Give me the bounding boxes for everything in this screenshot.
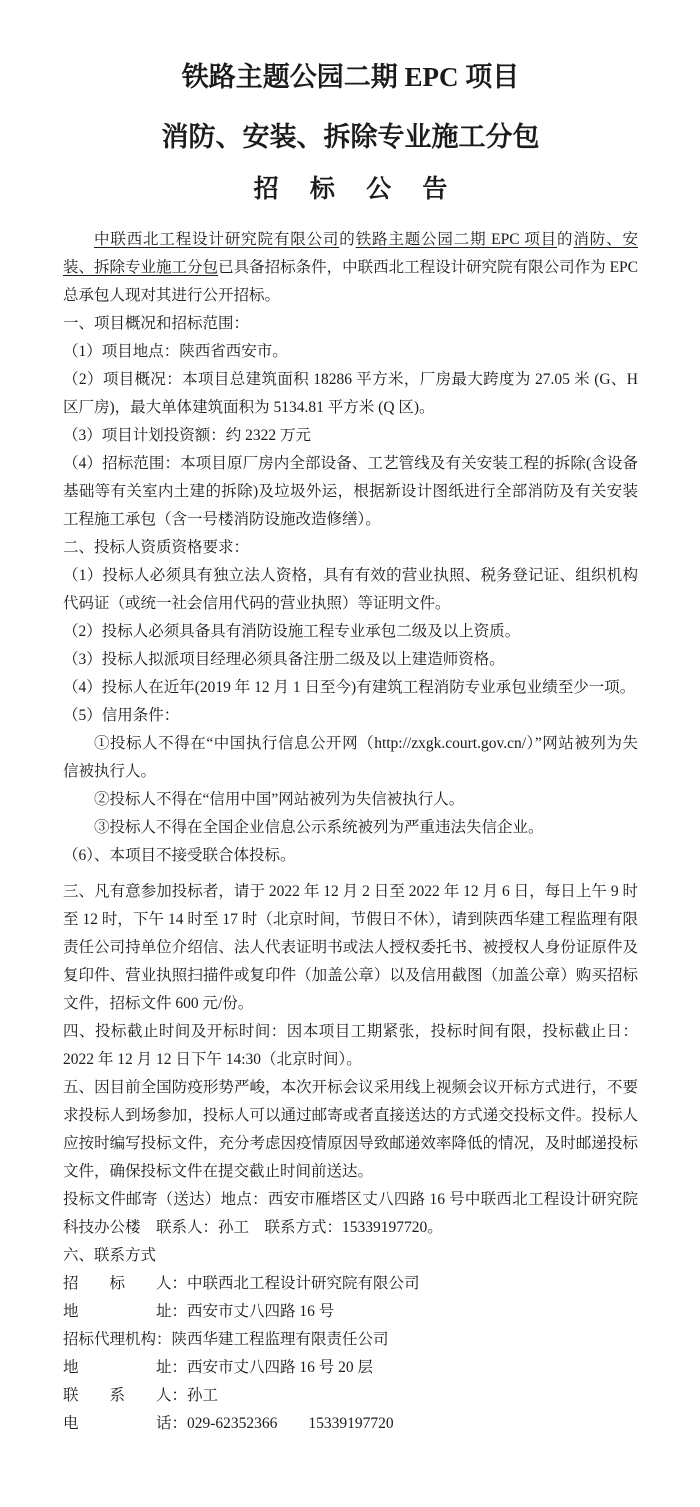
contact-label-agency: 招标代理机构： bbox=[63, 1331, 172, 1348]
section-3-paragraph: 三、凡有意参加投标者，请于 2022 年 12 月 2 日至 2022 年 12… bbox=[63, 878, 638, 1018]
contact-value-agency: 陕西华建工程监理有限责任公司 bbox=[172, 1331, 389, 1348]
qualification-item-4: （4）投标人在近年(2019 年 12 月 1 日至今)有建筑工程消防专业承包业… bbox=[63, 674, 638, 702]
contact-label-agency-address: 地 址： bbox=[63, 1359, 187, 1376]
qualification-item-3: （3）投标人拟派项目经理必须具备注册二级及以上建造师资格。 bbox=[63, 646, 638, 674]
section-5-paragraph: 五、因目前全国防疫形势严峻，本次开标会议采用线上视频会议开标方式进行，不要求投标… bbox=[63, 1074, 638, 1186]
bid-scope-item: （4）招标范围：本项目原厂房内全部设备、工艺管线及有关安装工程的拆除(含设备基础… bbox=[63, 450, 638, 534]
project-location-item: （1）项目地点：陕西省西安市。 bbox=[63, 338, 638, 366]
credit-item-3: ③投标人不得在全国企业信息公示系统被列为严重违法失信企业。 bbox=[63, 814, 638, 842]
page-title-line2: 消防、安装、拆除专业施工分包 bbox=[63, 118, 638, 156]
contact-value-bidder-address: 西安市丈八四路 16 号 bbox=[187, 1303, 334, 1320]
intro-run-tenderer: 中联西北工程设计研究院有限公司 bbox=[94, 231, 339, 248]
investment-item: （3）项目计划投资额：约 2322 万元 bbox=[63, 422, 638, 450]
contact-value-person: 孙工 bbox=[187, 1387, 218, 1404]
credit-conditions-heading: （5）信用条件： bbox=[63, 702, 638, 730]
document-page: 铁路主题公园二期 EPC 项目 消防、安装、拆除专业施工分包 招标公告 中联西北… bbox=[0, 0, 700, 1507]
intro-run-de2: 的 bbox=[557, 231, 573, 248]
section-6-heading: 六、联系方式 bbox=[63, 1242, 638, 1270]
contact-row-agency-address: 地 址：西安市丈八四路 16 号 20 层 bbox=[63, 1354, 638, 1382]
intro-paragraph: 中联西北工程设计研究院有限公司的铁路主题公园二期 EPC 项目的消防、安装、拆除… bbox=[63, 226, 638, 310]
page-title-line3: 招标公告 bbox=[63, 171, 638, 209]
contact-label-person: 联 系 人： bbox=[63, 1387, 187, 1404]
document-body: 中联西北工程设计研究院有限公司的铁路主题公园二期 EPC 项目的消防、安装、拆除… bbox=[63, 226, 638, 1438]
intro-run-de1: 的 bbox=[339, 231, 355, 248]
contact-row-person: 联 系 人：孙工 bbox=[63, 1382, 638, 1410]
section-1-heading: 一、项目概况和招标范围： bbox=[63, 310, 638, 338]
contact-row-bidder: 招 标 人：中联西北工程设计研究院有限公司 bbox=[63, 1270, 638, 1298]
contact-value-phone: 029-62352366 15339197720 bbox=[187, 1415, 394, 1432]
qualification-item-2: （2）投标人必须具备具有消防设施工程专业承包二级及以上资质。 bbox=[63, 618, 638, 646]
credit-item-1: ①投标人不得在“中国执行信息公开网（http://zxgk.court.gov.… bbox=[63, 730, 638, 786]
contact-row-agency: 招标代理机构：陕西华建工程监理有限责任公司 bbox=[63, 1326, 638, 1354]
qualification-item-1: （1）投标人必须具有独立法人资格，具有有效的营业执照、税务登记证、组织机构代码证… bbox=[63, 562, 638, 618]
section-2-heading: 二、投标人资质资格要求： bbox=[63, 534, 638, 562]
contact-label-bidder-address: 地 址： bbox=[63, 1303, 187, 1320]
intro-run-project: 铁路主题公园二期 EPC 项目 bbox=[356, 231, 557, 248]
contact-label-phone: 电 话： bbox=[63, 1415, 187, 1432]
contact-value-bidder: 中联西北工程设计研究院有限公司 bbox=[187, 1275, 420, 1292]
section-4-paragraph: 四、投标截止时间及开标时间：因本项目工期紧张，投标时间有限，投标截止日：2022… bbox=[63, 1018, 638, 1074]
contact-row-bidder-address: 地 址：西安市丈八四路 16 号 bbox=[63, 1298, 638, 1326]
mailing-address-paragraph: 投标文件邮寄（送达）地点：西安市雁塔区丈八四路 16 号中联西北工程设计研究院科… bbox=[63, 1186, 638, 1242]
page-title-line1: 铁路主题公园二期 EPC 项目 bbox=[63, 58, 638, 96]
contact-row-phone: 电 话：029-62352366 15339197720 bbox=[63, 1410, 638, 1438]
no-consortium-item: （6）、本项目不接受联合体投标。 bbox=[63, 842, 638, 870]
contact-value-agency-address: 西安市丈八四路 16 号 20 层 bbox=[187, 1359, 373, 1376]
project-overview-item: （2）项目概况：本项目总建筑面积 18286 平方米，厂房最大跨度为 27.05… bbox=[63, 366, 638, 422]
credit-item-2: ②投标人不得在“信用中国”网站被列为失信被执行人。 bbox=[63, 786, 638, 814]
contact-label-bidder: 招 标 人： bbox=[63, 1275, 187, 1292]
